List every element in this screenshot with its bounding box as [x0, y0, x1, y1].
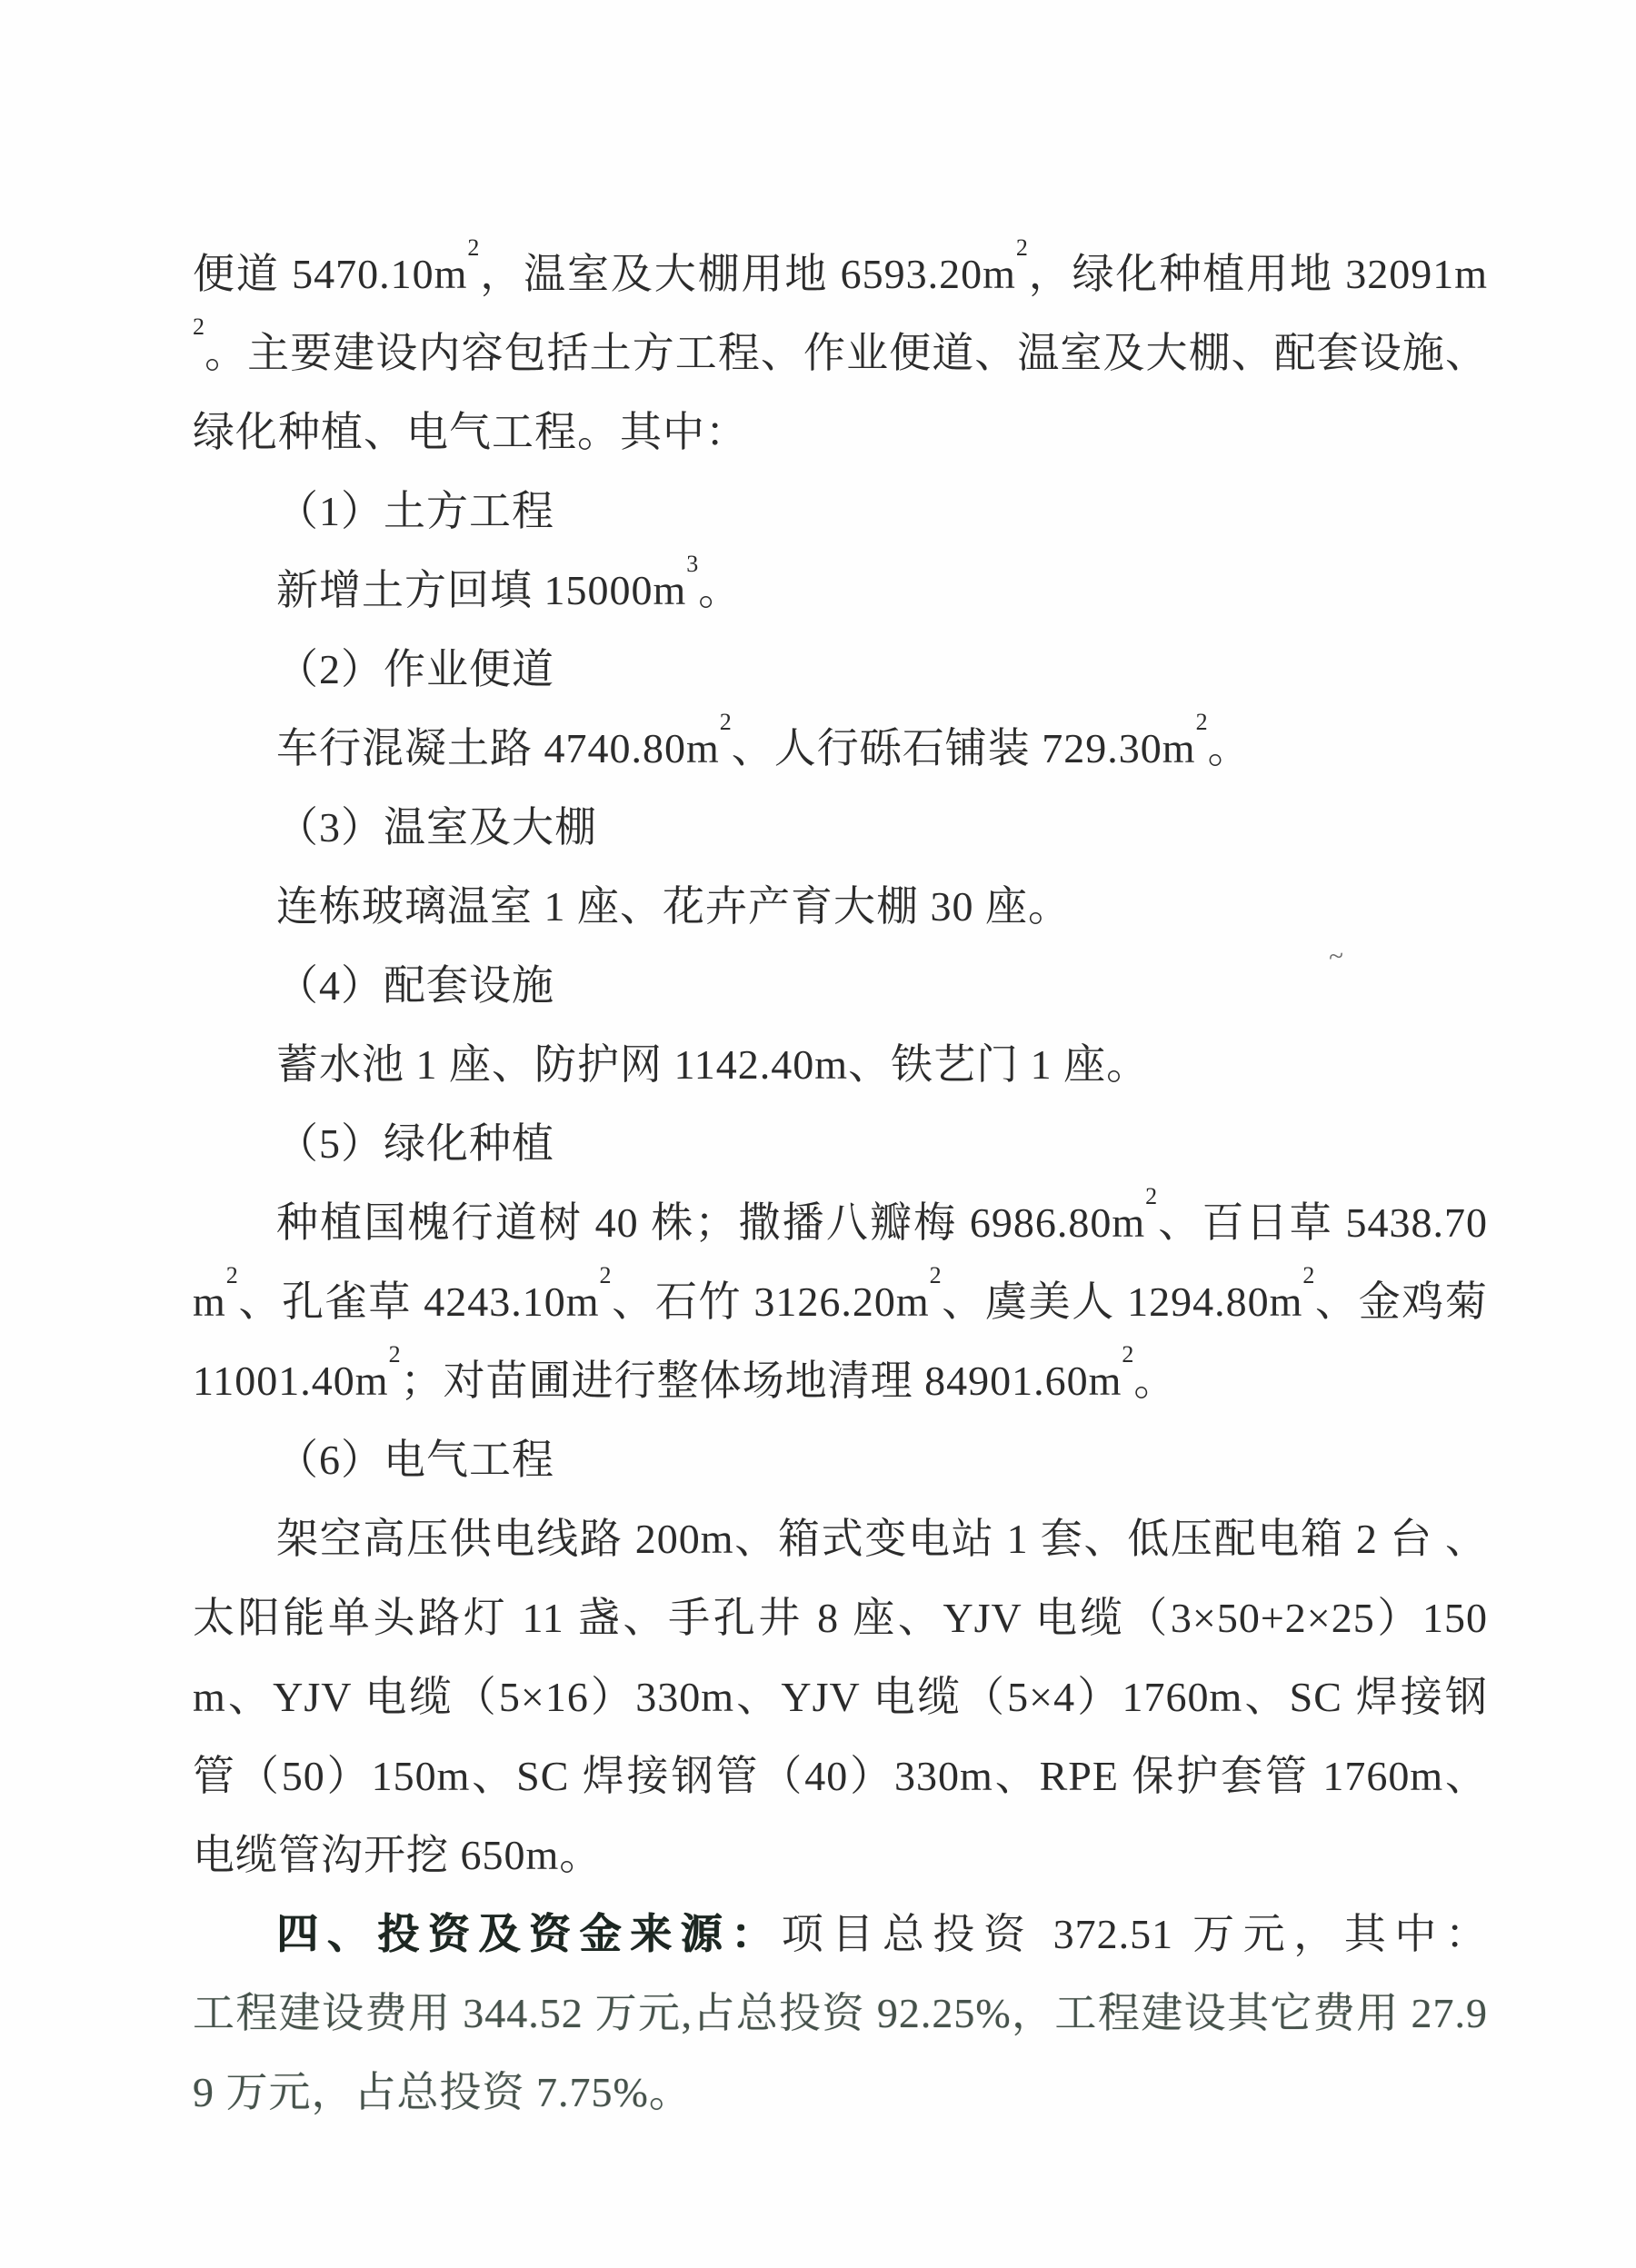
superscript-exponent: 2	[720, 709, 732, 735]
item-4-body: 蓄水池 1 座、防护网 1142.40m、铁艺门 1 座。	[193, 1025, 1488, 1104]
text-run: （2）作业便道	[276, 646, 554, 692]
item-6-heading: （6）电气工程	[193, 1420, 1488, 1499]
scanned-document-page: 便道 5470.10m2，温室及大棚用地 6593.20m2，绿化种植用地 32…	[0, 0, 1636, 2268]
superscript-exponent: 2	[930, 1262, 942, 1288]
superscript-exponent: 2	[1016, 234, 1028, 261]
text-run: 工程建设费用 344.52 万元,占总投资 92.25%，工程建设其它费用 27…	[193, 1990, 1488, 2115]
superscript-exponent: 2	[193, 313, 204, 340]
superscript-exponent: 2	[1145, 1183, 1157, 1209]
item-3-body: 连栋玻璃温室 1 座、花卉产育大棚 30 座。	[193, 867, 1488, 946]
superscript-exponent: 2	[1122, 1341, 1133, 1368]
item-1-heading: （1）土方工程	[193, 472, 1488, 551]
text-run: 蓄水池 1 座、防护网 1142.40m、铁艺门 1 座。	[276, 1041, 1149, 1088]
text-run: 架空高压供电线路 200m、箱式变电站 1 套、低压配电箱 2 台 、太阳能单头…	[193, 1516, 1488, 1878]
item-2-heading: （2）作业便道	[193, 630, 1488, 709]
superscript-exponent: 3	[686, 551, 698, 577]
text-run: 连栋玻璃温室 1 座、花卉产育大棚 30 座。	[276, 883, 1071, 930]
superscript-exponent: 2	[600, 1262, 612, 1288]
text-run: （3）温室及大棚	[276, 804, 597, 850]
item-3-heading: （3）温室及大棚	[193, 788, 1488, 867]
item-5-heading: （5）绿化种植	[193, 1104, 1488, 1183]
item-6-body: 架空高压供电线路 200m、箱式变电站 1 套、低压配电箱 2 台 、太阳能单头…	[193, 1499, 1488, 1895]
text-run: 车行混凝土路 4740.80m2、人行砾石铺装 729.30m2。	[276, 725, 1251, 771]
item-4-heading: （4）配套设施	[193, 946, 1488, 1025]
superscript-exponent: 2	[226, 1262, 238, 1288]
superscript-exponent: 2	[1196, 709, 1208, 735]
superscript-exponent: 2	[1302, 1262, 1314, 1288]
item-5-body: 种植国槐行道树 40 株；撒播八瓣梅 6986.80m2、百日草 5438.70…	[193, 1183, 1488, 1420]
text-run: （5）绿化种植	[276, 1120, 554, 1167]
bold-text-run: 四、投资及资金来源：	[276, 1911, 782, 1957]
superscript-exponent: 2	[467, 234, 479, 261]
item-2-body: 车行混凝土路 4740.80m2、人行砾石铺装 729.30m2。	[193, 709, 1488, 788]
investment-detail: 工程建设费用 344.52 万元,占总投资 92.25%，工程建设其它费用 27…	[193, 1974, 1488, 2132]
document-body: 便道 5470.10m2，温室及大棚用地 6593.20m2，绿化种植用地 32…	[193, 234, 1488, 2132]
text-run: （4）配套设施	[276, 962, 554, 1009]
superscript-exponent: 2	[389, 1341, 401, 1368]
text-run: 种植国槐行道树 40 株；撒播八瓣梅 6986.80m2、百日草 5438.70…	[193, 1199, 1488, 1404]
text-run: 新增土方回填 15000m3。	[276, 567, 741, 613]
investment-heading-line: 四、投资及资金来源：项目总投资 372.51 万元，其中：	[193, 1895, 1488, 1974]
text-run: 便道 5470.10m2，温室及大棚用地 6593.20m2，绿化种植用地 32…	[193, 251, 1488, 455]
text-run: （1）土方工程	[276, 488, 554, 534]
intro-continued-paragraph: 便道 5470.10m2，温室及大棚用地 6593.20m2，绿化种植用地 32…	[193, 234, 1488, 472]
item-1-body: 新增土方回填 15000m3。	[193, 551, 1488, 630]
text-run: （6）电气工程	[276, 1437, 554, 1483]
text-run: 项目总投资 372.51 万元，其中：	[782, 1911, 1488, 1957]
